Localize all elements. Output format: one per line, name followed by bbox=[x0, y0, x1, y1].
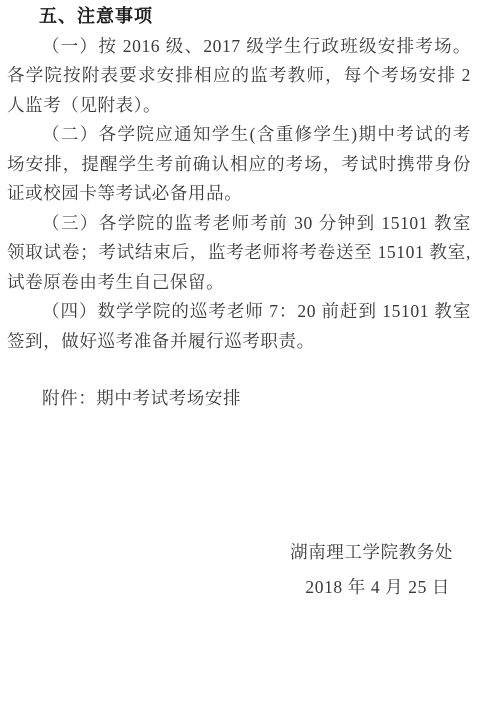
signature-org: 湖南理工学院教务处 bbox=[7, 535, 471, 570]
signature-date: 2018 年 4 月 25 日 bbox=[7, 570, 471, 605]
section-heading: 五、注意事项 bbox=[7, 2, 471, 32]
paragraph-3: （三）各学院的监考老师考前 30 分钟到 15101 教室领取试卷；考试结束后，… bbox=[7, 209, 471, 298]
attachment-line: 附件：期中考试考场安排 bbox=[7, 384, 471, 414]
paragraph-2: （二）各学院应通知学生(含重修学生)期中考试的考场安排，提醒学生考前确认相应的考… bbox=[7, 120, 471, 209]
paragraph-1: （一）按 2016 级、2017 级学生行政班级安排考场。各学院按附表要求安排相… bbox=[7, 32, 471, 121]
document-page: 五、注意事项 （一）按 2016 级、2017 级学生行政班级安排考场。各学院按… bbox=[0, 0, 480, 720]
signature-block: 湖南理工学院教务处 2018 年 4 月 25 日 bbox=[7, 535, 471, 605]
paragraph-4: （四）数学学院的巡考老师 7：20 前赶到 15101 教室签到，做好巡考准备并… bbox=[7, 297, 471, 356]
